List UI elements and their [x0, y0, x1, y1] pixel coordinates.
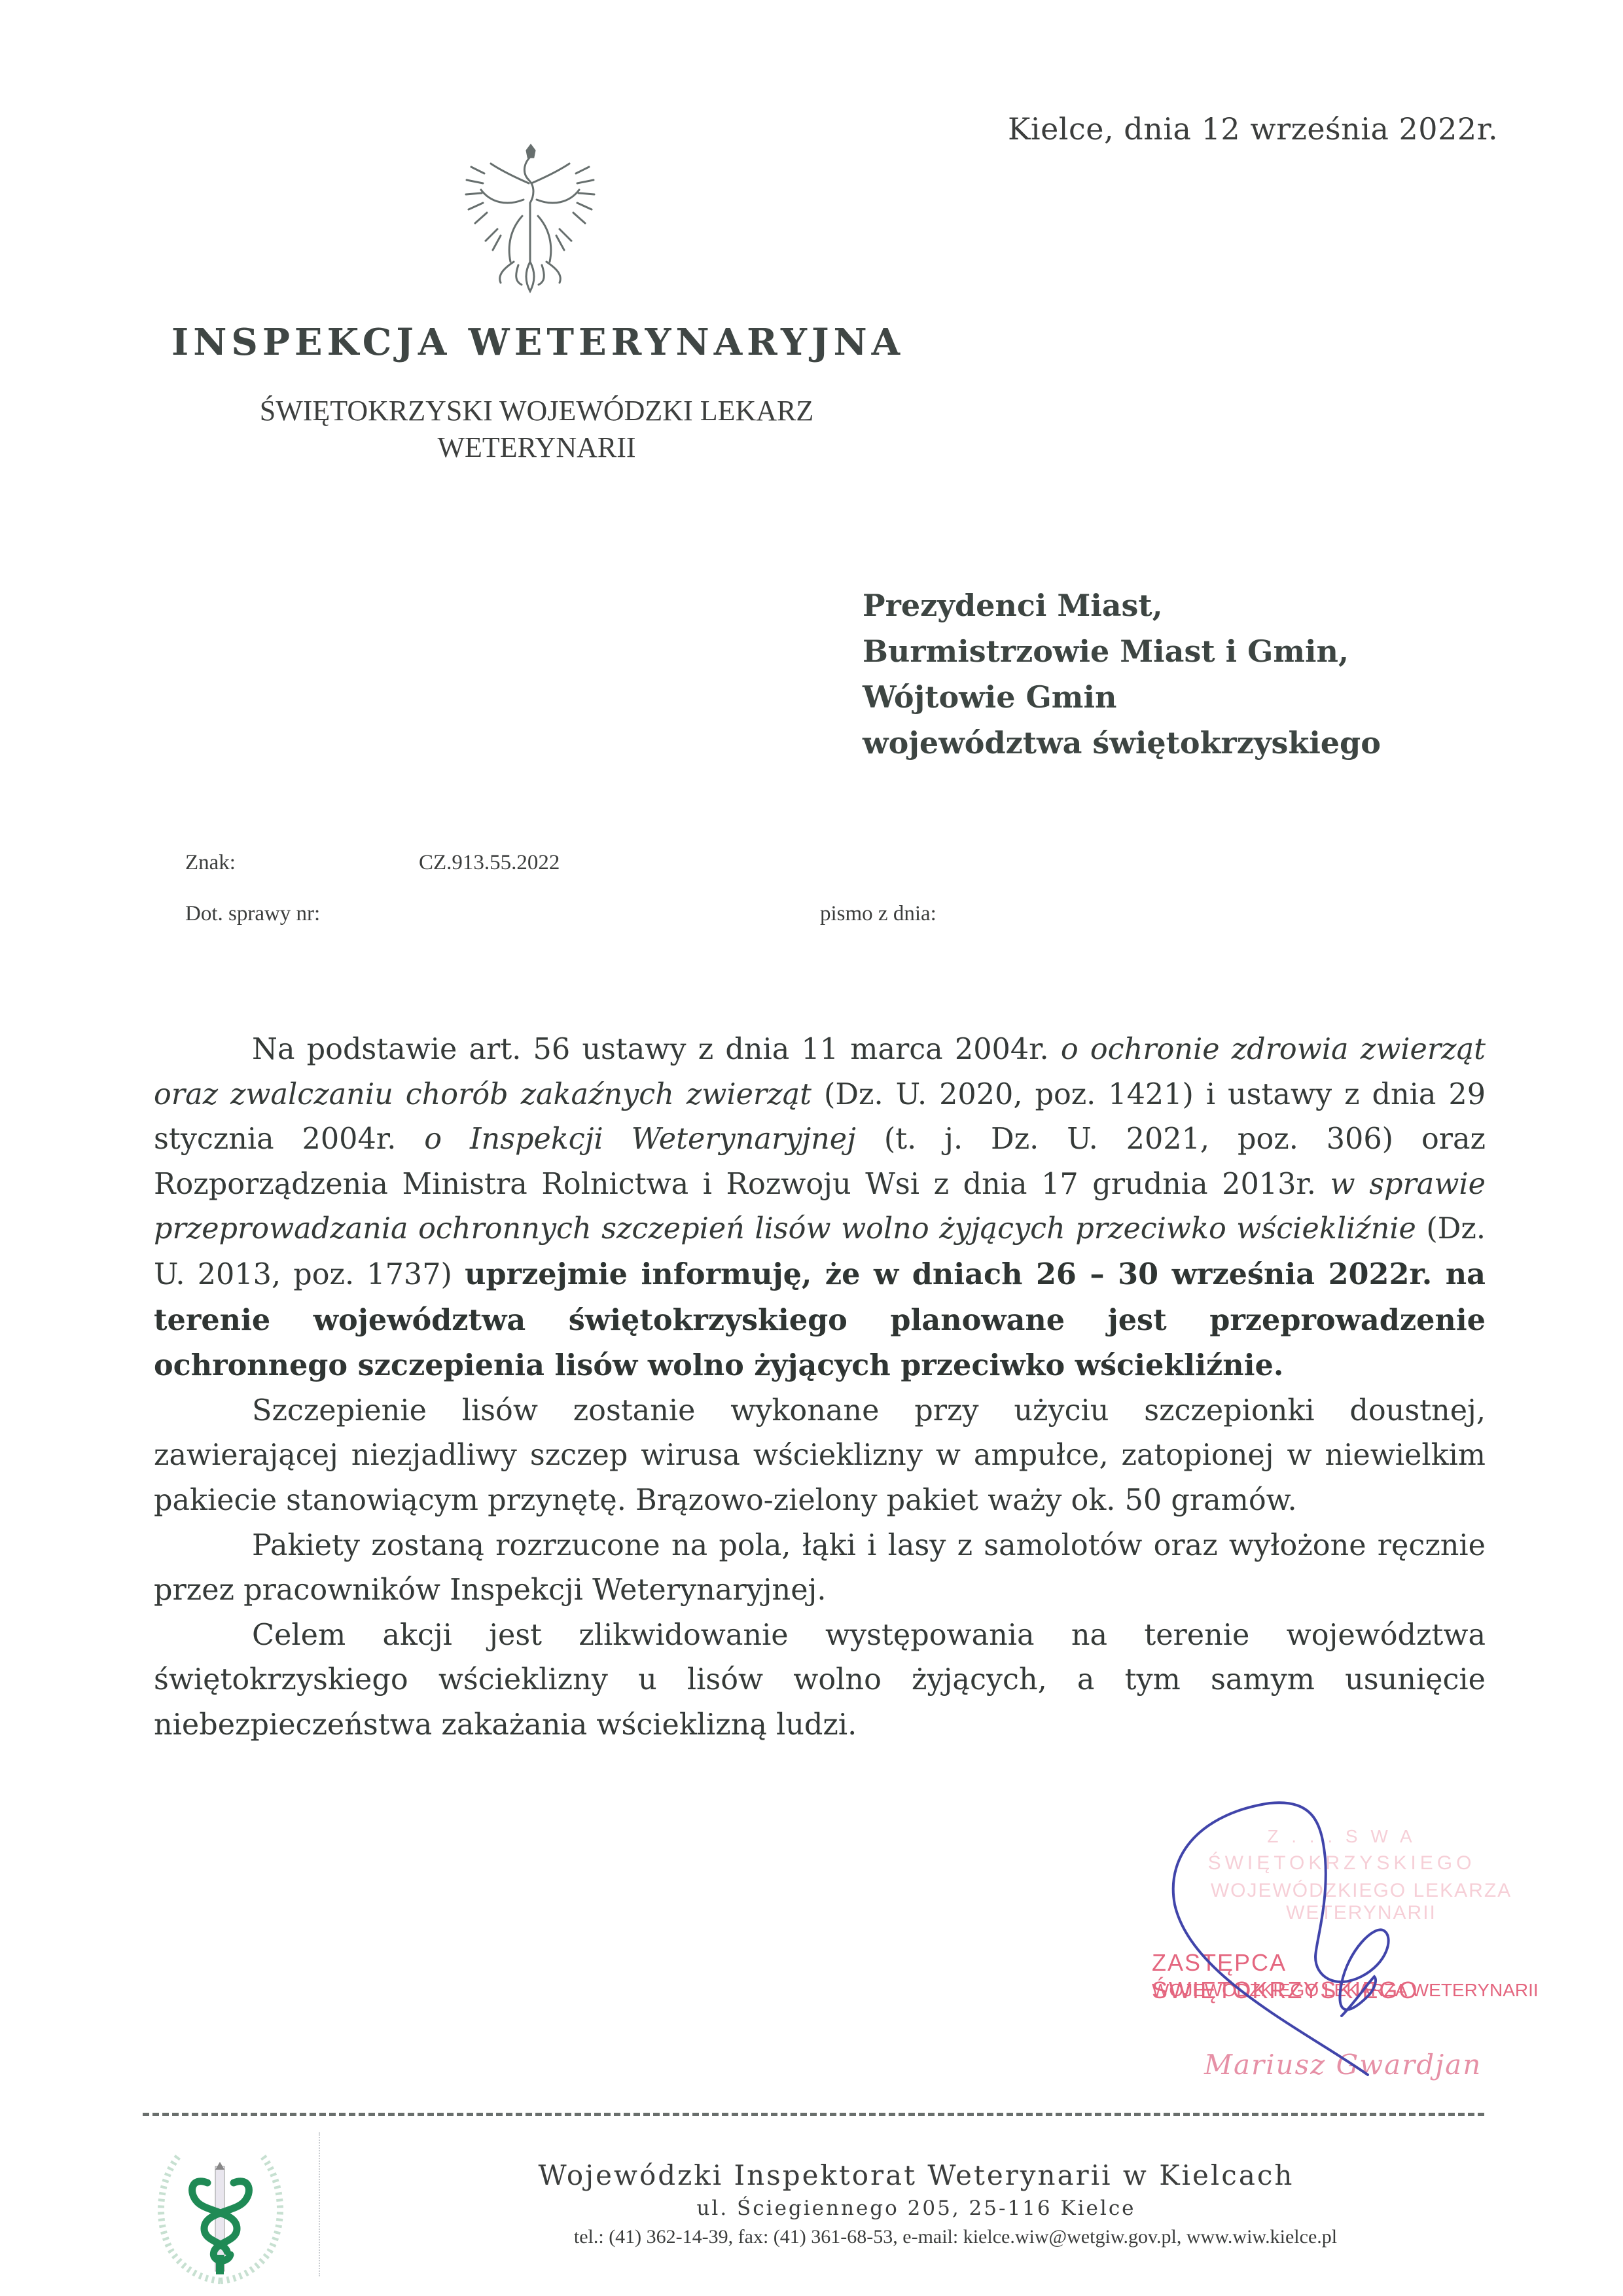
caduceus-logo-icon: [145, 2130, 296, 2287]
addressee-line: Wójtowie Gmin: [863, 674, 1381, 720]
subtitle-line-2: WETERYNARII: [209, 429, 864, 466]
case-number-label: Dot. sprawy nr:: [185, 902, 320, 926]
act-title: o Inspekcji Weterynaryjnej: [424, 1122, 856, 1156]
paragraph-legal-basis: Na podstawie art. 56 ustawy z dnia 11 ma…: [154, 1028, 1486, 1389]
paragraph-distribution: Pakiety zostaną rozrzucone na pola, łąki…: [154, 1524, 1486, 1613]
footer-contact-details: tel.: (41) 362-14-39, fax: (41) 361-68-5…: [406, 2222, 1505, 2252]
addressee-line: województwa świętokrzyskiego: [863, 720, 1381, 766]
place-date: Kielce, dnia 12 września 2022r.: [1008, 111, 1498, 147]
letter-date-label: pismo z dnia:: [820, 902, 936, 926]
official-stamp: Z . . . S W A ŚWIĘTOKRZYSKIEGO WOJEWÓDZK…: [1126, 1780, 1558, 2121]
institution-subtitle: ŚWIĘTOKRZYSKI WOJEWÓDZKI LEKARZ WETERYNA…: [209, 393, 864, 466]
addressee-line: Burmistrzowie Miast i Gmin,: [863, 628, 1381, 674]
handwritten-signature-icon: [1126, 1780, 1558, 2121]
paragraph-vaccine: Szczepienie lisów zostanie wykonane przy…: [154, 1389, 1486, 1524]
reference-sign-value: CZ.913.55.2022: [419, 851, 560, 875]
footer-contact-block: Wojewódzki Inspektorat Weterynarii w Kie…: [327, 2157, 1505, 2252]
text-run: Na podstawie art. 56 ustawy z dnia 11 ma…: [252, 1033, 1061, 1066]
footer-institution-name: Wojewódzki Inspektorat Weterynarii w Kie…: [327, 2157, 1505, 2195]
institution-title: INSPEKCJA WETERYNARYJNA: [171, 321, 904, 364]
reference-sign-label: Znak:: [185, 851, 236, 875]
footer-address: ul. Ściegiennego 205, 25-116 Kielce: [327, 2195, 1505, 2222]
addressee-block: Prezydenci Miast, Burmistrzowie Miast i …: [863, 583, 1381, 766]
addressee-line: Prezydenci Miast,: [863, 583, 1381, 628]
footer-divider: [143, 2113, 1484, 2116]
subtitle-line-1: ŚWIĘTOKRZYSKI WOJEWÓDZKI LEKARZ: [209, 393, 864, 429]
letter-body: Na podstawie art. 56 ustawy z dnia 11 ma…: [154, 1028, 1486, 1748]
footer-separator: [319, 2132, 320, 2276]
polish-eagle-icon: [445, 137, 615, 308]
paragraph-purpose: Celem akcji jest zlikwidowanie występowa…: [154, 1613, 1486, 1748]
